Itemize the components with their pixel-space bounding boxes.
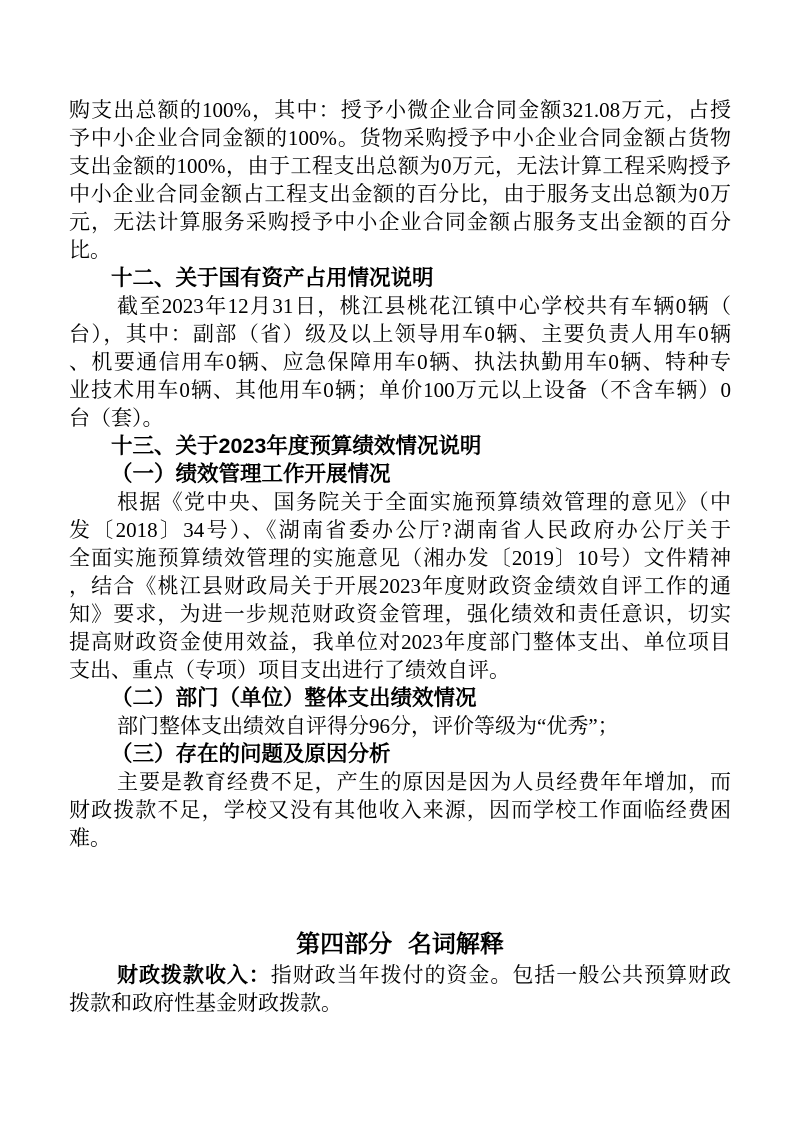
subsection-heading-1: （一）绩效管理工作开展情况 (69, 460, 731, 488)
body-line: 比。 (69, 236, 731, 264)
term-name: 财政拨款收入： (117, 964, 271, 987)
section-heading-12: 十二、关于国有资产占用情况说明 (69, 264, 731, 292)
body-line: 业技术用车0辆、其他用车0辆；单价100万元以上设备（不含车辆）0 (69, 376, 731, 404)
text-block: 购支出总额的100%，其中：授予小微企业合同金额321.08万元，占授 予中小企… (69, 96, 731, 1017)
body-line: 知》要求，为进一步规范财政资金管理，强化绩效和责任意识，切实 (69, 600, 731, 628)
body-line: 台（套）。 (69, 404, 731, 432)
term-line: 拨款和政府性基金财政拨款。 (69, 989, 731, 1017)
body-line: 全面实施预算绩效管理的实施意见（湘办发〔2019〕10号）文件精神 (69, 544, 731, 572)
body-line: 主要是教育经费不足，产生的原因是因为人员经费年年增加，而 (69, 768, 731, 796)
body-line: 截至2023年12月31日，桃江县桃花江镇中心学校共有车辆0辆（ (69, 292, 731, 320)
blank-gap (69, 852, 731, 929)
term-line: 财政拨款收入：指财政当年拨付的资金。包括一般公共预算财政 (69, 961, 731, 989)
body-line: 支出、重点（专项）项目支出进行了绩效自评。 (69, 656, 731, 684)
body-line: 台），其中：副部（省）级及以上领导用车0辆、主要负责人用车0辆 (69, 320, 731, 348)
body-line: 难。 (69, 824, 731, 852)
body-line: 予中小企业合同金额的100%。货物采购授予中小企业合同金额占货物 (69, 124, 731, 152)
body-line: 提高财政资金使用效益，我单位对2023年度部门整体支出、单位项目 (69, 628, 731, 656)
section-heading-13: 十三、关于2023年度预算绩效情况说明 (69, 432, 731, 460)
subsection-heading-2: （二）部门（单位）整体支出绩效情况 (69, 684, 731, 712)
body-line: 、机要通信用车0辆、应急保障用车0辆、执法执勤用车0辆、特种专 (69, 348, 731, 376)
term-definition: 指财政当年拨付的资金。包括一般公共预算财政 (271, 963, 731, 987)
body-line: ，结合《桃江县财政局关于开展2023年度财政资金绩效自评工作的通 (69, 572, 731, 600)
document-page: 购支出总额的100%，其中：授予小微企业合同金额321.08万元，占授 予中小企… (0, 0, 793, 1122)
body-line: 元，无法计算服务采购授予中小企业合同金额占服务支出金额的百分 (69, 208, 731, 236)
body-line: 中小企业合同金额占工程支出金额的百分比，由于服务支出总额为0万 (69, 180, 731, 208)
body-line: 财政拨款不足，学校又没有其他收入来源，因而学校工作面临经费困 (69, 796, 731, 824)
subsection-heading-3: （三）存在的问题及原因分析 (69, 740, 731, 768)
body-line: 支出金额的100%，由于工程支出总额为0万元，无法计算工程采购授予 (69, 152, 731, 180)
body-line: 部门整体支出绩效自评得分96分，评价等级为“优秀”； (69, 712, 731, 740)
body-line: 购支出总额的100%，其中：授予小微企业合同金额321.08万元，占授 (69, 96, 731, 124)
body-line: 发〔2018〕34号）、《湖南省委办公厅?湖南省人民政府办公厅关于 (69, 516, 731, 544)
part-4-heading: 第四部分 名词解释 (69, 929, 731, 961)
body-line: 根据《党中央、国务院关于全面实施预算绩效管理的意见》（中 (69, 488, 731, 516)
